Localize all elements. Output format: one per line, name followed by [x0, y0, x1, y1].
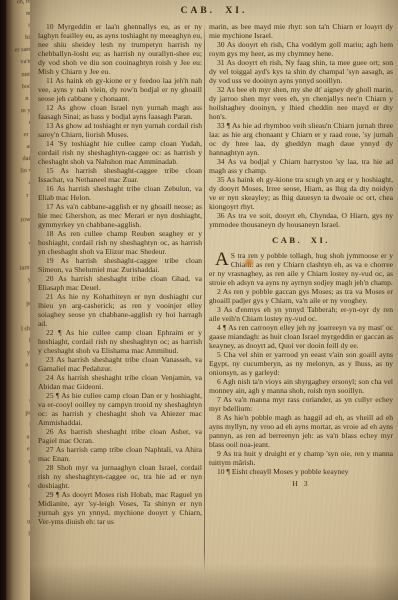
- verse-paragraph: 13 As ghow ad toshiaght er nyn yurnah co…: [38, 121, 202, 139]
- signature-mark: H 3: [209, 479, 393, 488]
- right-column: marin, as bee mayd mie rhyt: son ta'n Ch…: [209, 22, 393, 594]
- verse-paragraph: 19 As harrish sheshaght-caggee tribe clo…: [38, 256, 202, 274]
- verse-paragraph: 29 ¶ As dooyrt Moses rish Hobab, mac Rag…: [38, 490, 202, 526]
- verse-paragraph: 22 ¶ As hie cullee camp cloan Ephraim er…: [38, 328, 202, 355]
- verse-paragraph: 15 As harrish sheshaght-caggee tribe clo…: [38, 166, 202, 184]
- verse-paragraph: 9 As tra huit y druight er y champ 'syn …: [209, 449, 393, 467]
- running-head: CAB. XI.: [30, 6, 398, 16]
- verse-paragraph: 17 As va'n cabbane-agglish er ny ghoaill…: [38, 202, 202, 229]
- verse-paragraph: 28 Shoh myr va jurnaaghyn cloan Israel, …: [38, 463, 202, 490]
- chapter-first-verse: AS tra ren y pobble tollagh, hug shoh jy…: [209, 251, 393, 287]
- verse-paragraph: 11 As haink eh gy-kione er y feedoo laa …: [38, 76, 202, 103]
- verse-paragraph: 5 Cha vel shin er yarrood yn eeast v'ain…: [209, 350, 393, 377]
- verse-paragraph: 35 As haink eh gy-kione tra scugh yn arg…: [209, 175, 393, 211]
- drop-cap-initial: A: [209, 251, 231, 268]
- verse-paragraph: 31 As dooyrt eh rish, Ny faag shin, ta m…: [209, 58, 393, 85]
- first-verse-text: S tra ren y pobble tollagh, hug shoh jym…: [209, 251, 393, 287]
- verse-paragraph: 16 As harrish sheshaght tribe cloan Zebu…: [38, 184, 202, 202]
- verse-paragraph: 12 As ghow cloan Israel nyn yurnah magh …: [38, 103, 202, 121]
- verse-paragraph: 24 As harrish sheshaght tribe cloan Venj…: [38, 373, 202, 391]
- verse-continuation: marin, as bee mayd mie rhyt: son ta'n Ch…: [209, 22, 393, 40]
- verse-paragraph: 30 As dooyrt eh rish, Cha voddym goll ma…: [209, 40, 393, 58]
- verse-paragraph: 36 As tra ve soit, dooyrt eh, Chyndaa, O…: [209, 211, 393, 229]
- verse-paragraph: 21 As hie ny Kohathiteyn er nyn doshiagh…: [38, 292, 202, 328]
- verse-paragraph: 3 As d'enmys eh yn ynnyd Tabberah; er-yn…: [209, 305, 393, 323]
- verse-paragraph: 33 ¶ As hie ad rhymboo veih slieau'n Chi…: [209, 121, 393, 157]
- verse-paragraph: 10 Myrgeddin er laa'n ghennallys eu, as …: [38, 22, 202, 76]
- verse-paragraph: 23 As harrish sheshaght tribe cloan Vana…: [38, 355, 202, 373]
- chapter-heading: CAB. XI.: [209, 236, 393, 245]
- verse-paragraph: 25 ¶ As hie cullee camp cloan Dan er y h…: [38, 391, 202, 427]
- verse-paragraph: 20 As harrish sheshaght tribe cloan Ghad…: [38, 274, 202, 292]
- verse-paragraph: 18 As ren cullee champ Reuben seaghey er…: [38, 229, 202, 256]
- verse-paragraph: 14 'Sy toshiaght hie cullee camp cloan Y…: [38, 139, 202, 166]
- right-column-part1: 30 As dooyrt eh rish, Cha voddym goll ma…: [209, 40, 393, 229]
- verse-paragraph: 6 Agh nish ta'n vioys ain shyrgaghey ers…: [209, 377, 393, 395]
- verse-paragraph: 32 As bee eh myr shen, my she dt' aigney…: [209, 85, 393, 121]
- column-divider: [204, 22, 205, 574]
- left-column: 10 Myrgeddin er laa'n ghennallys eu, as …: [38, 22, 202, 588]
- verse-paragraph: 26 As harrish sheshaght tribe cloan Ashe…: [38, 427, 202, 445]
- verse-paragraph: 27 As harrish camp tribe cloan Naphtali,…: [38, 445, 202, 463]
- verse-paragraph: 4 ¶ As ren carrooyn elley jeh ny joarree…: [209, 323, 393, 350]
- verse-paragraph: 8 As hie'n pobble magh as haggil ad eh, …: [209, 413, 393, 449]
- verse-paragraph: 10 ¶ Eisht cheayll Moses y pobble keayne…: [209, 467, 393, 476]
- book-photo: en, ren dam nd ren y n Israel hiarn ble …: [0, 0, 398, 600]
- book-page: CAB. XI. 10 Myrgeddin er laa'n ghennally…: [30, 0, 398, 600]
- verse-paragraph: 2 As ren y pobble gaccan gys Moses; as t…: [209, 287, 393, 305]
- verse-paragraph: 7 As va'n manna myr rass coriander, as y…: [209, 395, 393, 413]
- right-column-part2: 2 As ren y pobble gaccan gys Moses; as t…: [209, 287, 393, 476]
- verse-paragraph: 34 As va bodjal y Chiarn harrystoo 'sy l…: [209, 157, 393, 175]
